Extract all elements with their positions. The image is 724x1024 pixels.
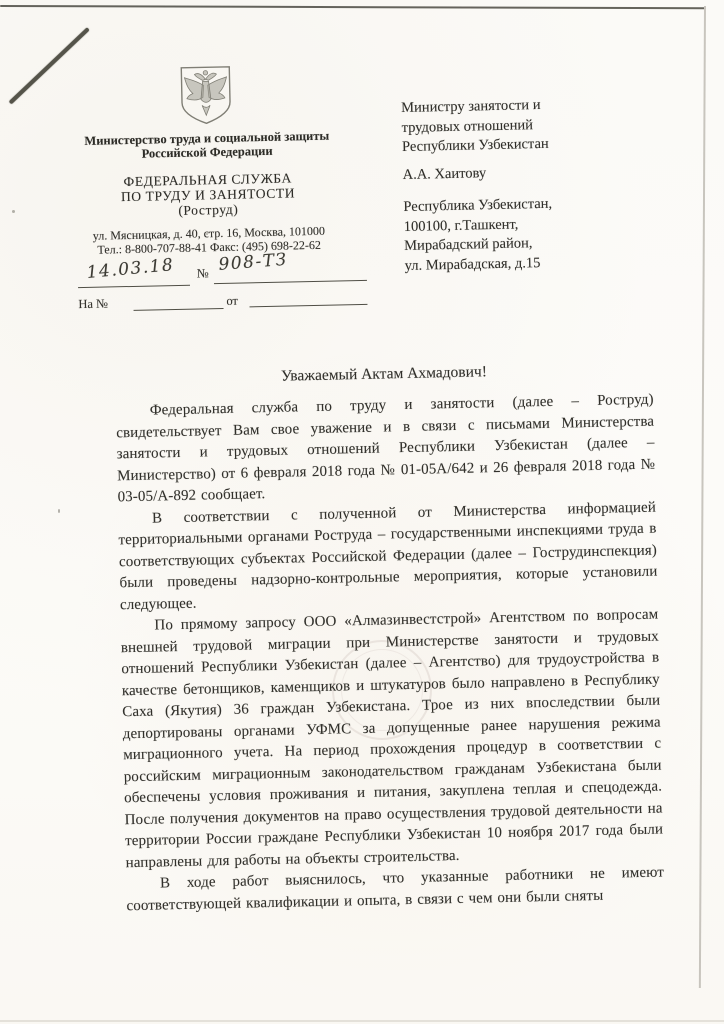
letter-body: Федеральная служба по труду и занятости …	[116, 390, 665, 918]
number-sign-label: №	[197, 266, 209, 281]
letterhead: Министерство труда и социальной защиты Р…	[35, 58, 379, 258]
outgoing-number-handwritten: 908-ТЗ	[218, 250, 288, 275]
outgoing-date-handwritten: 14.03.18	[86, 255, 175, 283]
salutation: Уважаемый Актам Ахмадович!	[115, 360, 653, 390]
recipient-block: Министру занятости и трудовых отношений …	[401, 94, 640, 276]
coat-of-arms-icon	[179, 65, 232, 126]
reply-from-label: от	[226, 294, 238, 309]
number-underline	[214, 280, 367, 284]
reply-date-underline	[249, 304, 367, 308]
letter-content: Министерство труда и социальной защиты Р…	[0, 0, 724, 1024]
reply-ref-label: На №	[78, 296, 108, 312]
body-paragraph: По прямому запросу ООО «Алмазинвестстрой…	[120, 605, 664, 875]
reply-number-underline	[134, 308, 224, 311]
date-underline	[78, 285, 190, 288]
scanned-letter-page: Министерство труда и социальной защиты Р…	[0, 0, 724, 1024]
body-paragraph: Федеральная служба по труду и занятости …	[116, 390, 656, 509]
body-paragraph: В соответствии с полученной от Министерс…	[118, 497, 658, 616]
